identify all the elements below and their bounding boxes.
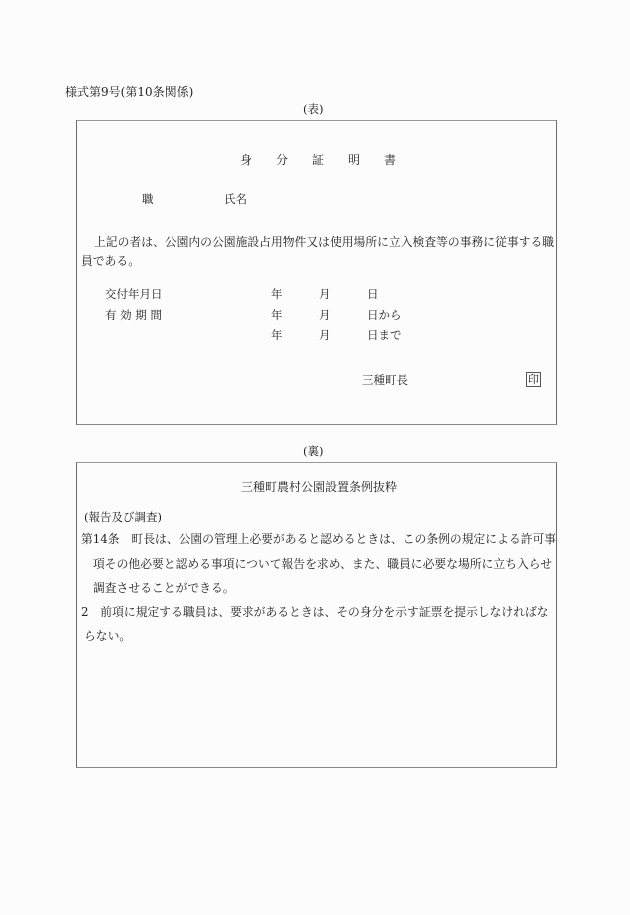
validity-label: 有 効 期 間 bbox=[105, 310, 162, 322]
validity-from-year: 年 bbox=[271, 310, 283, 322]
ordinance-title: 三種町農村公園設置条例抜粋 bbox=[241, 481, 397, 493]
article-14-line-1: 第14条 町長は、公園の管理上必要があると認めるときは、この条例の規定による許可… bbox=[81, 534, 556, 546]
section-heading: (報告及び調査) bbox=[84, 512, 162, 524]
statement-line-1: 上記の者は、公園内の公園施設占用物件又は使用場所に立入検査等の事務に従事する職 bbox=[94, 237, 554, 249]
statement-line-2: 員である。 bbox=[81, 256, 140, 268]
form-number-label: 様式第9号(第10条関係) bbox=[65, 86, 193, 98]
article-14-line-2: 項その他必要と認める事項について報告を求め、また、職員に必要な場所に立ち入らせ bbox=[93, 559, 552, 571]
seal-mark: 印 bbox=[526, 372, 541, 387]
validity-from-month: 月 bbox=[319, 310, 331, 322]
position-label: 職 bbox=[142, 194, 154, 206]
paragraph-2-line-2: らない。 bbox=[84, 631, 131, 643]
issue-year: 年 bbox=[271, 289, 283, 301]
issuer-label: 三種町長 bbox=[362, 375, 408, 387]
issue-day: 日 bbox=[367, 289, 379, 301]
validity-until-month: 月 bbox=[319, 330, 331, 342]
back-ordinance-box: 三種町農村公園設置条例抜粋 (報告及び調査) 第14条 町長は、公園の管理上必要… bbox=[76, 462, 557, 768]
article-14-line-3: 調査させることができる。 bbox=[93, 583, 235, 595]
validity-until-day: 日まで bbox=[367, 330, 402, 342]
back-side-label: (裏) bbox=[303, 446, 323, 458]
seal-icon: 印 bbox=[526, 372, 541, 387]
issue-date-label: 交付年月日 bbox=[105, 289, 163, 301]
certificate-title: 身分証明書 bbox=[240, 154, 420, 166]
validity-until-year: 年 bbox=[271, 330, 283, 342]
paragraph-2-line-1: 2 前項に規定する職員は、要求があるときは、その身分を示す証票を提示しなければな bbox=[81, 607, 549, 619]
issue-month: 月 bbox=[319, 289, 331, 301]
validity-from-day: 日から bbox=[367, 310, 402, 322]
front-certificate-box: 身分証明書 職 氏名 上記の者は、公園内の公園施設占用物件又は使用場所に立入検査… bbox=[76, 120, 557, 425]
name-label: 氏名 bbox=[224, 194, 247, 206]
front-side-label: (表) bbox=[303, 104, 323, 116]
